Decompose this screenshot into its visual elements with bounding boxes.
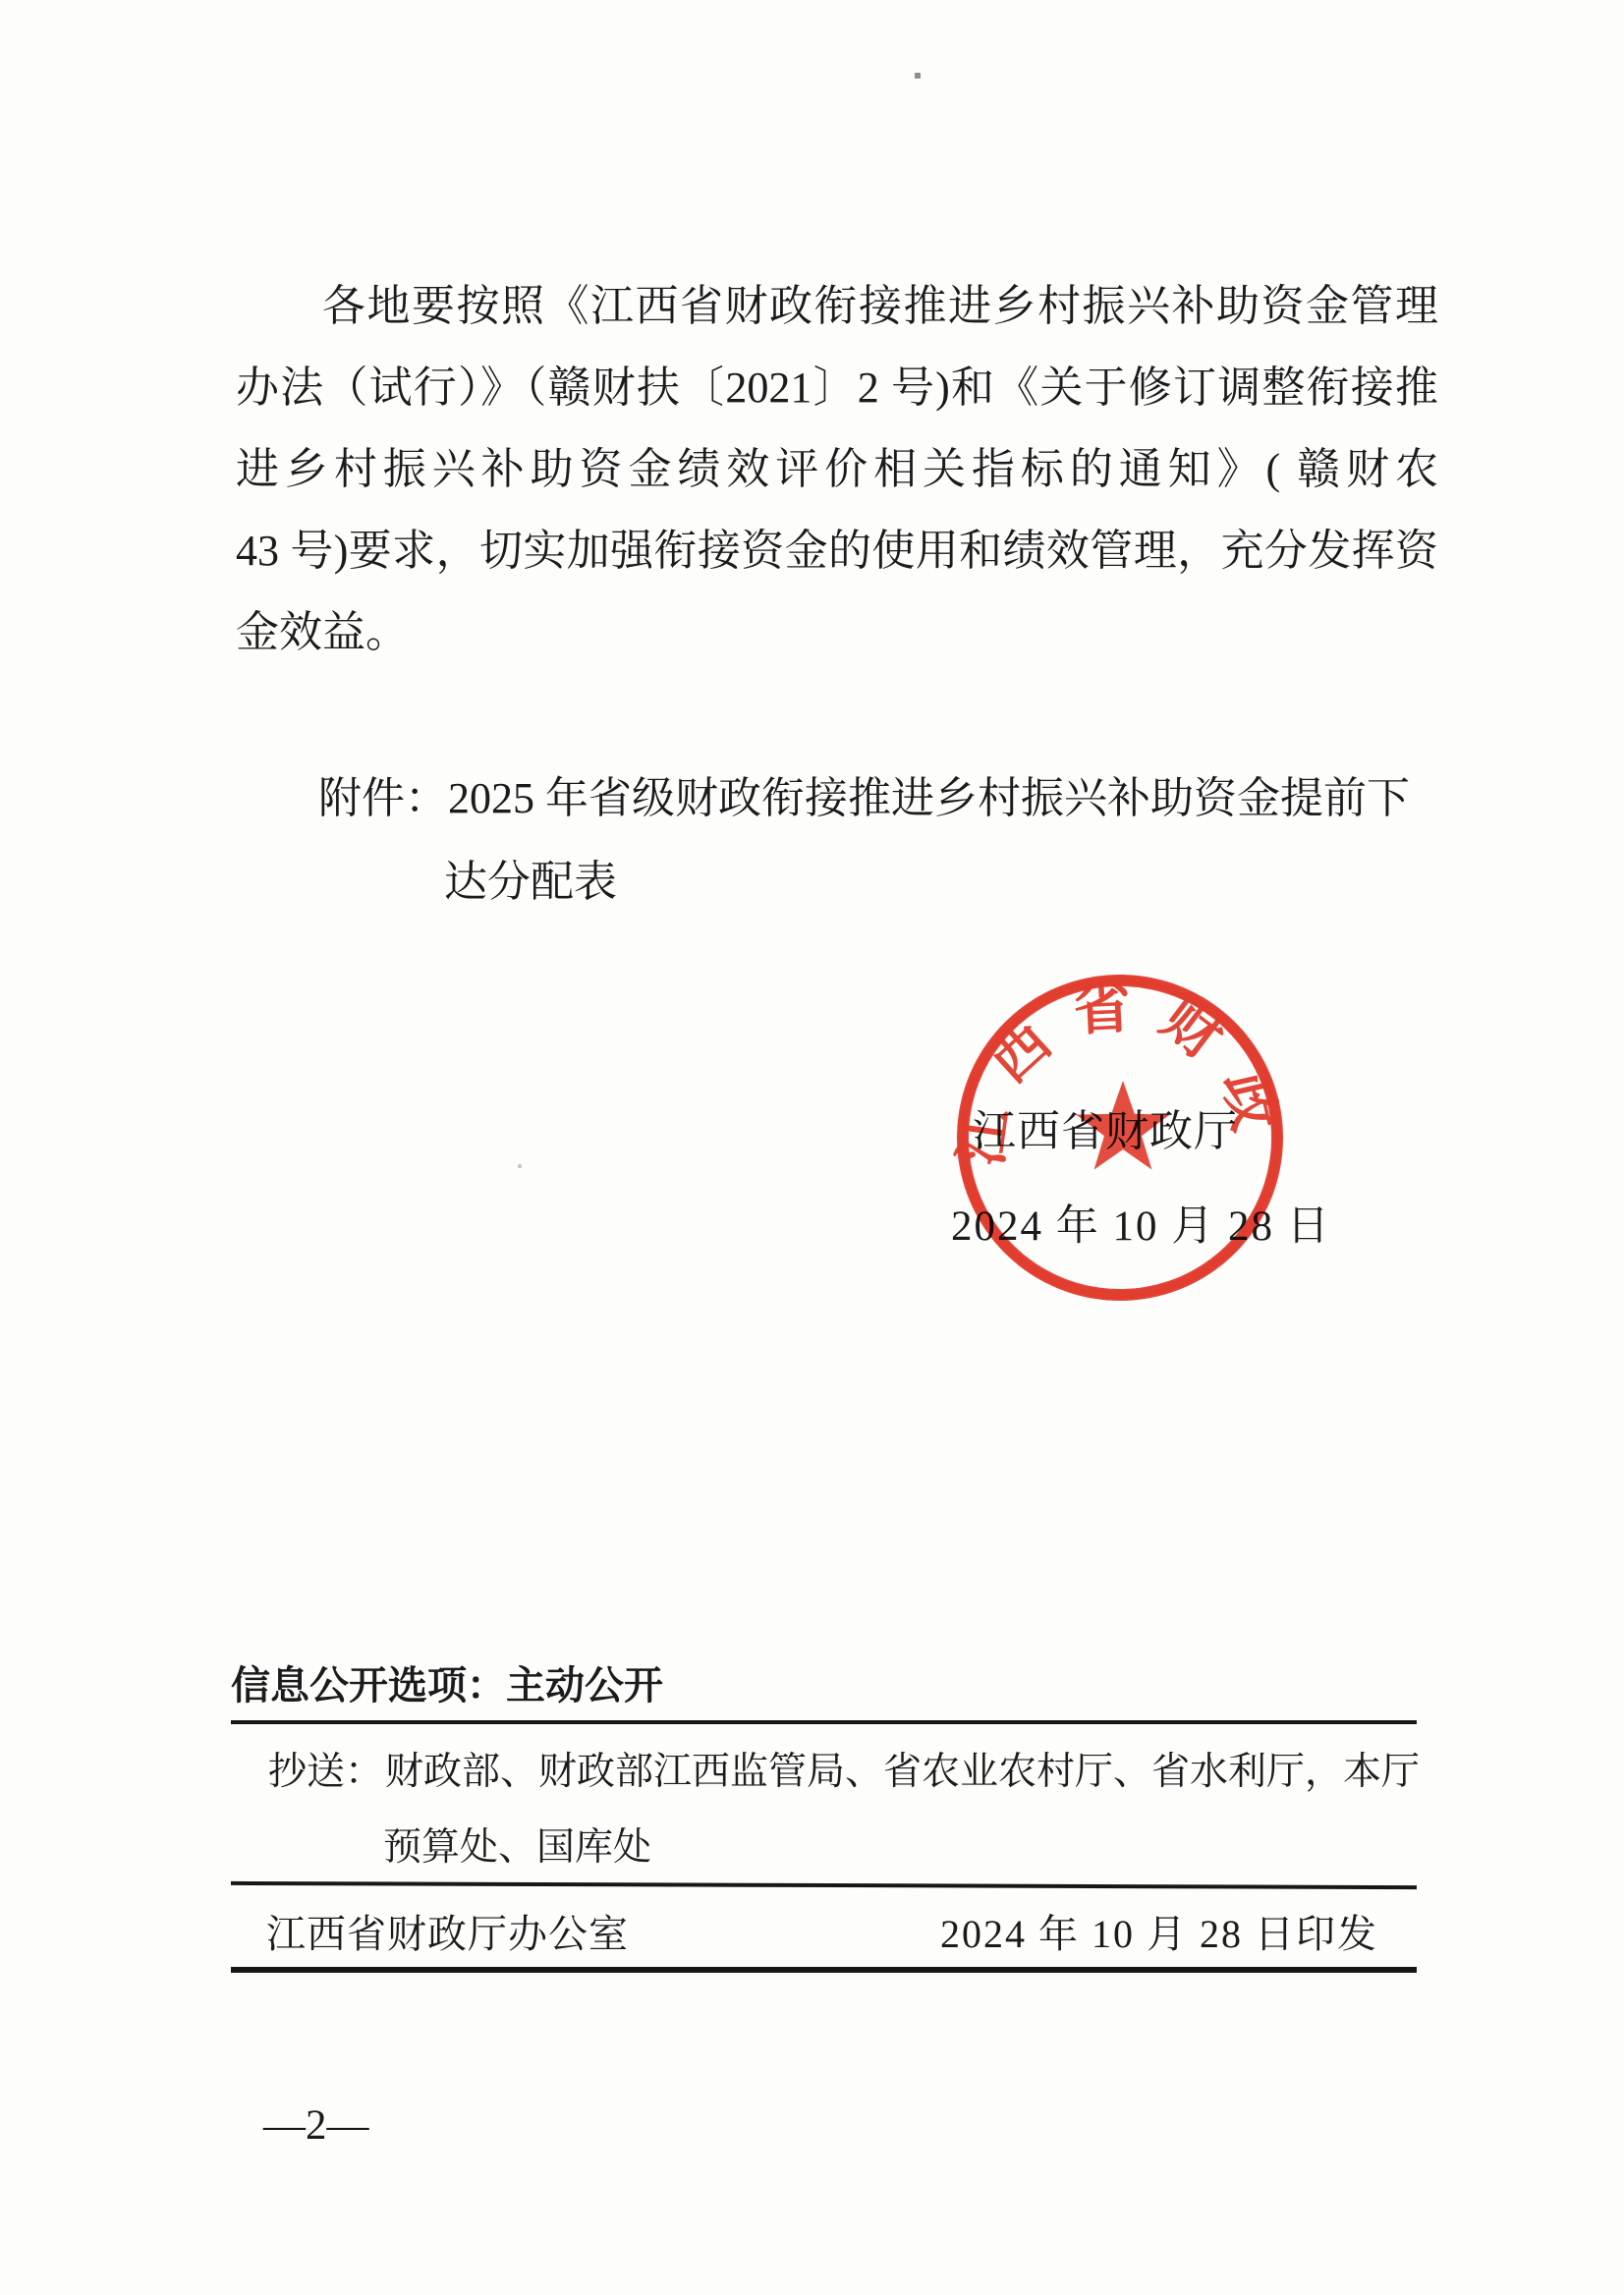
footer-divider-middle: [231, 1881, 1417, 1889]
attachment-line-2: 达分配表: [444, 861, 617, 904]
cc-recipients-line-1: 财政部、财政部江西监管局、省农业农村厅、省水利厅，本厅: [385, 1753, 1420, 1791]
cc-recipients-line-2: 预算处、国库处: [383, 1828, 651, 1867]
paragraph-line: 43 号)要求，切实加强衔接资金的使用和绩效管理，充分发挥资: [236, 510, 1438, 591]
scan-speck: [518, 1164, 522, 1168]
paragraph-line: 各地要按照《江西省财政衔接推进乡村振兴补助资金管理: [236, 265, 1438, 347]
disclosure-option-label: 信息公开选项：主动公开: [231, 1666, 663, 1706]
paragraph-line: 进乡村振兴补助资金绩效评价相关指标的通知》( 赣财农〔2024〕: [236, 428, 1438, 510]
cc-label: 抄送：: [268, 1753, 383, 1791]
footer-divider-bottom: [231, 1967, 1417, 1973]
scan-speck: [915, 73, 921, 79]
document-page: 各地要按照《江西省财政衔接推进乡村振兴补助资金管理 办法（试行）》（赣财扶〔20…: [0, 0, 1624, 2295]
footer-divider-top: [231, 1720, 1417, 1724]
page-number: —2—: [263, 2104, 369, 2147]
paragraph-line: 金效益。: [236, 591, 1438, 673]
attachment-line-1: 附件：2025 年省级财政衔接推进乡村振兴补助资金提前下: [318, 777, 1410, 820]
seal-star: [1076, 1081, 1169, 1170]
official-seal: 江西省财政厅: [948, 965, 1292, 1315]
print-date: 2024 年 10 月 28 日印发: [940, 1915, 1378, 1954]
paragraph-line: 办法（试行）》（赣财扶〔2021〕2 号)和《关于修订调整衔接推: [236, 347, 1438, 428]
issuing-office: 江西省财政厅办公室: [266, 1915, 629, 1954]
body-paragraph: 各地要按照《江西省财政衔接推进乡村振兴补助资金管理 办法（试行）》（赣财扶〔20…: [236, 265, 1438, 673]
